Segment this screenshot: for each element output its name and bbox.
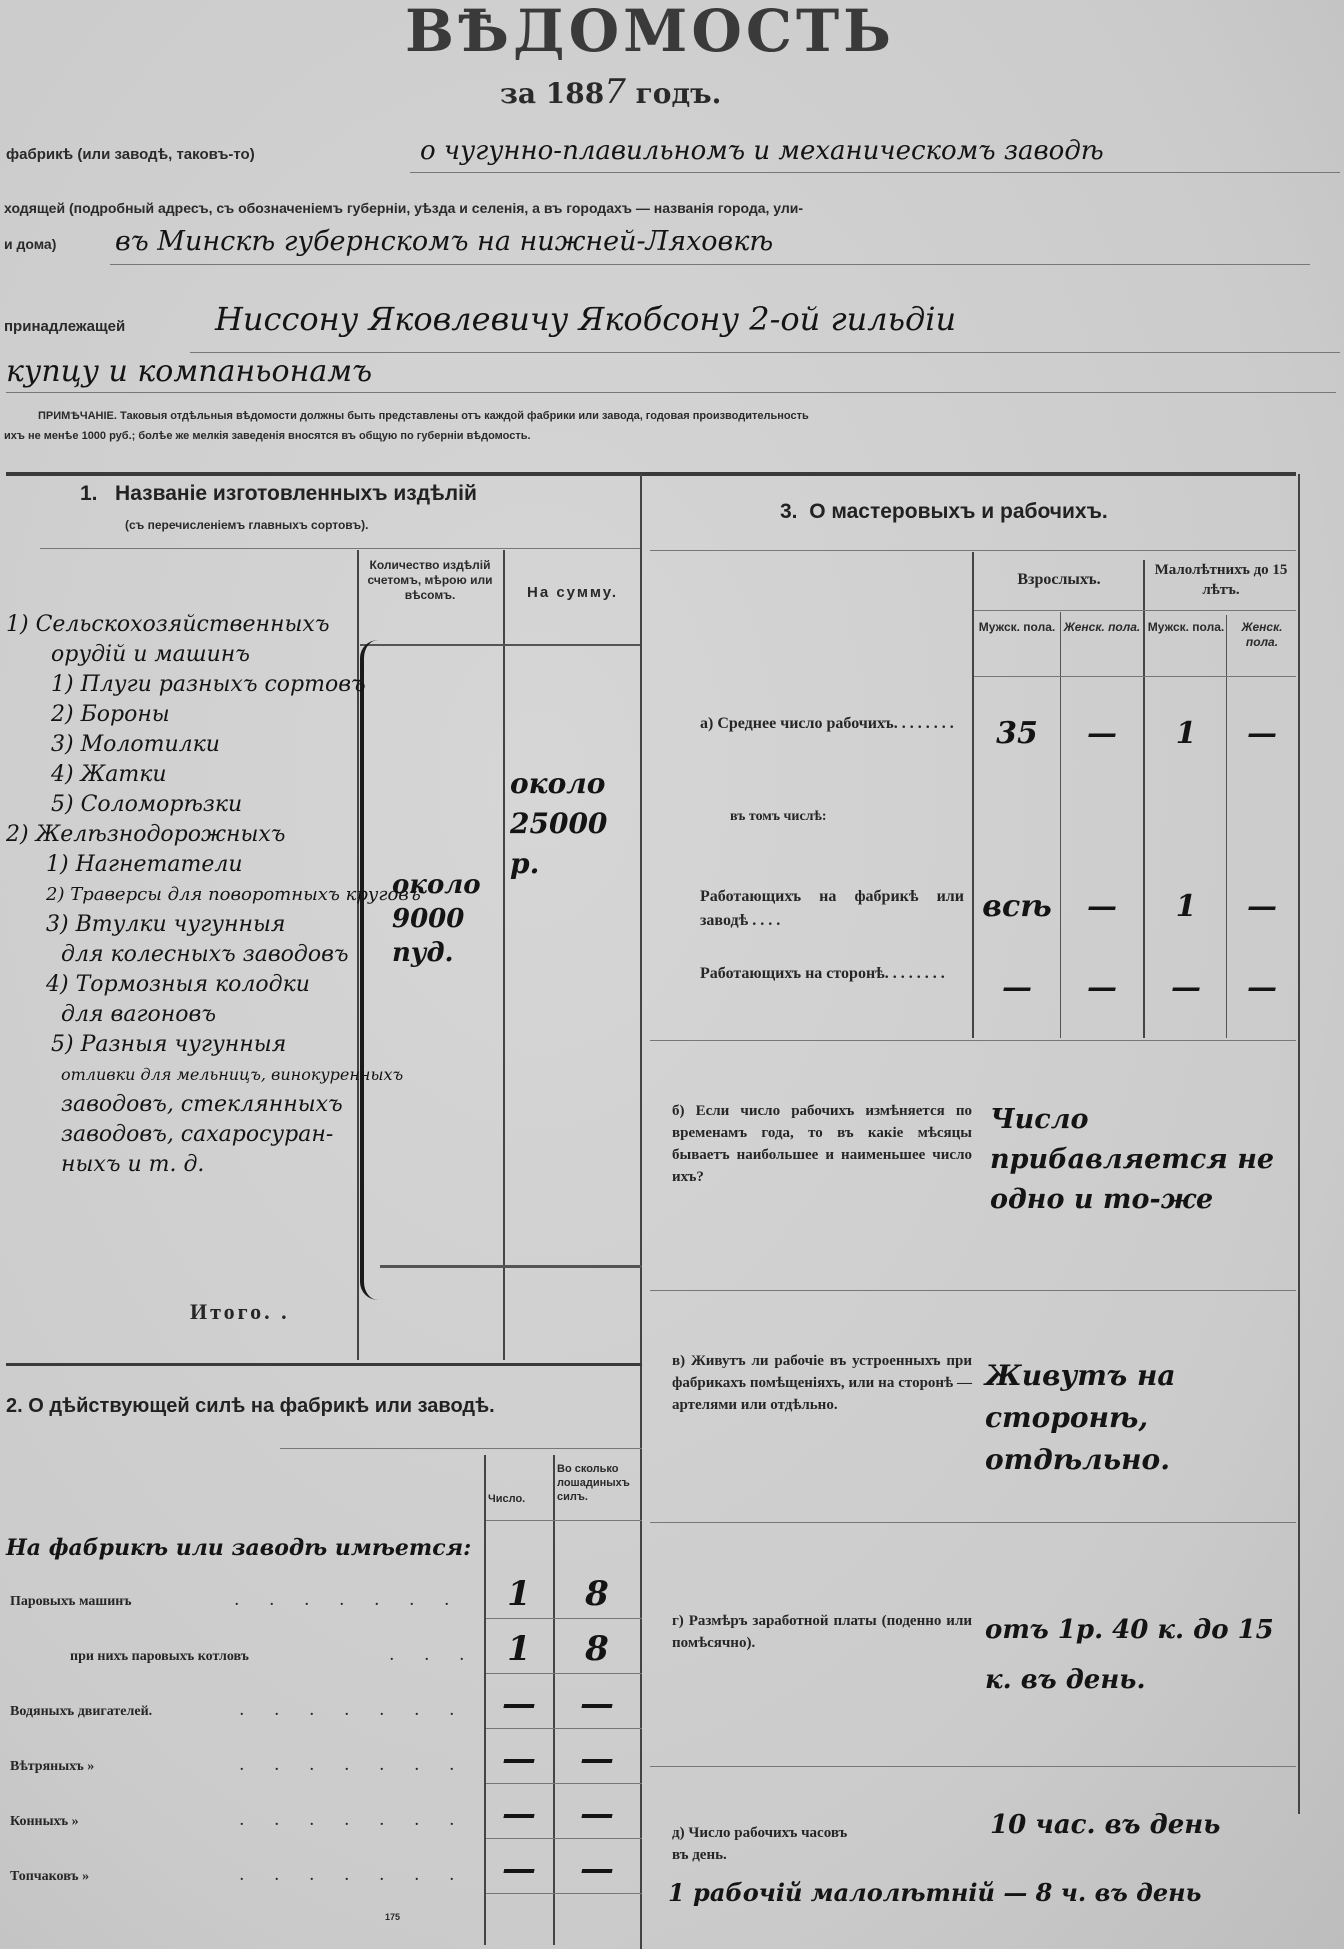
engine-row-label: Паровыхъ машинъ bbox=[10, 1590, 132, 1614]
worker-row-label: а) Среднее число рабочихъ. . . . . . . . bbox=[672, 712, 964, 736]
section3-a-bottom-rule bbox=[650, 1040, 1296, 1041]
worker-count-minor-f: — bbox=[1228, 889, 1296, 924]
section3-col-header-rule bbox=[974, 676, 1296, 677]
engine-row-rule bbox=[486, 1783, 642, 1784]
item-line: 4) Жатки bbox=[51, 760, 356, 790]
section1-number: 1. bbox=[80, 482, 98, 505]
section2-heading: 2. О дѣйствующей силѣ на фабрикѣ или зав… bbox=[6, 1395, 495, 1418]
section2-number: 2. bbox=[6, 1395, 23, 1417]
section1-col-header-rule bbox=[360, 644, 640, 646]
engine-row-hp: — bbox=[556, 1849, 638, 1889]
item-line: 1) Плуги разныхъ сортовъ bbox=[51, 670, 356, 700]
section3-answer-d-line1: 10 час. въ день bbox=[990, 1810, 1220, 1840]
worker-count-minor-m: — bbox=[1146, 970, 1226, 1005]
section1-sum-value: около 25000 р. bbox=[510, 764, 635, 884]
section3-question-d: д) Число рабочихъ часовъ въ день. bbox=[672, 1822, 852, 1866]
section3-subheader-rule bbox=[974, 610, 1296, 611]
worker-count-minor-f: — bbox=[1228, 970, 1296, 1005]
section2-col-hp: Во сколько лошадиныхъ силъ. bbox=[557, 1462, 639, 1504]
address-underline bbox=[110, 264, 1310, 265]
year-suffix: годъ. bbox=[636, 77, 722, 110]
section1-heading: 1. Названіе изготовленныхъ издѣлій bbox=[80, 482, 477, 506]
worker-row-label: Работающихъ на сторонѣ. . . . . . . . bbox=[672, 962, 964, 986]
leader-dots: . . . . . . . bbox=[240, 1700, 468, 1724]
section3-title: О мастеровыхъ и рабочихъ. bbox=[809, 500, 1108, 523]
frame-top bbox=[6, 472, 1296, 476]
section3-answer-g: отъ 1р. 40 к. до 15 к. въ день. bbox=[985, 1605, 1295, 1705]
owner-value-line2: купцу и компаньонамъ bbox=[6, 354, 372, 389]
year-handwritten: 7 bbox=[604, 72, 626, 112]
section1-subtitle: (съ перечисленіемъ главныхъ сортовъ). bbox=[125, 518, 368, 532]
engine-row-hp: — bbox=[556, 1684, 638, 1724]
item-line: 3) Втулки чугунныя bbox=[46, 910, 356, 940]
address-value: въ Минскѣ губернскомъ на нижней-Ляховкѣ bbox=[115, 226, 773, 257]
section3-col-minors: Малолѣтнихъ до 15 лѣтъ. bbox=[1146, 560, 1296, 600]
engine-row-label: Водяныхъ двигателей. bbox=[10, 1700, 152, 1724]
note-text-1: Таковыя отдѣльныя вѣдомости должны быть … bbox=[120, 410, 809, 422]
engine-row-label: при нихъ паровыхъ котловъ bbox=[70, 1645, 249, 1669]
item-line: для вагоновъ bbox=[61, 1000, 356, 1030]
worker-count-adult-m: всѣ bbox=[975, 889, 1059, 924]
item-line: 5) Разныя чугунныя bbox=[51, 1030, 356, 1060]
section1-total-label: Итого. . bbox=[190, 1300, 290, 1324]
section3-answer-v: Живутъ на сторонѣ, отдѣльно. bbox=[985, 1355, 1295, 1481]
item-line: отливки для мельницъ, винокуренныхъ bbox=[61, 1060, 356, 1090]
worker-row-label: въ томъ числѣ: bbox=[730, 805, 930, 829]
item-line: заводовъ, сахаросуран- bbox=[61, 1120, 356, 1150]
section2-col-divider-1 bbox=[484, 1455, 486, 1945]
note-line2: ихъ не менѣе 1000 руб.; болѣе же мелкія … bbox=[4, 430, 531, 442]
section1-total-rule bbox=[380, 1265, 642, 1268]
item-line: 2) Бороны bbox=[51, 700, 356, 730]
leader-dots: . . . bbox=[390, 1645, 478, 1669]
engine-row-count: — bbox=[488, 1849, 550, 1889]
item-line: 1) Сельскохозяйственныхъ bbox=[6, 610, 356, 640]
section3-header-rule bbox=[650, 550, 1296, 551]
section3-v-bottom-rule bbox=[650, 1522, 1296, 1523]
worker-count-adult-m: — bbox=[975, 970, 1059, 1005]
engine-row-count: 1 bbox=[488, 1574, 550, 1614]
engine-row-rule bbox=[486, 1838, 642, 1839]
grouping-brace bbox=[360, 640, 394, 1300]
section3-answer-b: Число прибавляется не одно и то-же bbox=[990, 1100, 1300, 1220]
item-line: 2) Желѣзнодорожныхъ bbox=[6, 820, 356, 850]
address-label: ходящей (подробный адресъ, съ обозначені… bbox=[4, 200, 803, 216]
section3-col-minor-male: Мужск. пола. bbox=[1146, 620, 1226, 635]
document-title: ВѢДОМОСТЬ bbox=[290, 0, 1010, 62]
section3-b-bottom-rule bbox=[650, 1290, 1296, 1291]
item-line: 1) Нагнетатели bbox=[46, 850, 356, 880]
owner-label: принадлежащей bbox=[4, 318, 125, 335]
engine-row-count: — bbox=[488, 1794, 550, 1834]
engine-row-label: Топчаковъ » bbox=[10, 1865, 89, 1889]
item-line: для колесныхъ заводовъ bbox=[61, 940, 356, 970]
leader-dots: . . . . . . . bbox=[240, 1755, 468, 1779]
section3-heading: 3. О мастеровыхъ и рабочихъ. bbox=[780, 500, 1108, 524]
engine-row-hp: 8 bbox=[556, 1629, 638, 1669]
page-mark: 175 bbox=[385, 1912, 400, 1922]
note-line1: ПРИМѢЧАНІЕ. Таковыя отдѣльныя вѣдомости … bbox=[38, 410, 809, 422]
section1-bottom-rule bbox=[6, 1363, 642, 1366]
address-label-2: и дома) bbox=[4, 236, 56, 252]
worker-count-adult-f: — bbox=[1062, 889, 1142, 924]
note-label: ПРИМѢЧАНІЕ. bbox=[38, 410, 117, 422]
engine-row-label: Конныхъ » bbox=[10, 1810, 79, 1834]
engine-row-hp: 8 bbox=[556, 1574, 638, 1614]
section3-col-divider-1 bbox=[972, 552, 974, 1038]
worker-count-minor-m: 1 bbox=[1146, 889, 1226, 924]
engine-row-label: Вѣтряныхъ » bbox=[10, 1755, 94, 1779]
section3-col-divider-3 bbox=[1143, 560, 1145, 1038]
scanned-document-page: ВѢДОМОСТЬ за 1887 годъ. фабрикѣ (или зав… bbox=[0, 0, 1344, 1949]
factory-underline bbox=[410, 172, 1340, 173]
section1-title: Названіе изготовленныхъ издѣлій bbox=[115, 482, 477, 505]
worker-row-label: Работающихъ на фабрикѣ или заводѣ . . . … bbox=[672, 885, 964, 933]
section2-intro: На фабрикѣ или заводѣ имѣется: bbox=[6, 1535, 471, 1561]
engine-row-hp: — bbox=[556, 1794, 638, 1834]
item-line: ныхъ и т. д. bbox=[61, 1150, 356, 1180]
engine-row-rule bbox=[486, 1673, 642, 1674]
section3-col-adult-female: Женск. пола. bbox=[1062, 620, 1142, 635]
engine-row-rule bbox=[486, 1893, 642, 1894]
engine-row-count: — bbox=[488, 1684, 550, 1724]
section3-col-divider-4 bbox=[1226, 615, 1227, 1038]
section3-question-g: г) Размѣръ заработной платы (поденно или… bbox=[672, 1610, 972, 1654]
item-line: орудій и машинъ bbox=[51, 640, 356, 670]
item-line: 5) Соломорѣзки bbox=[51, 790, 356, 820]
section1-col-divider-2 bbox=[503, 550, 505, 1360]
leader-dots: . . . . . . . bbox=[235, 1590, 463, 1614]
worker-count-adult-m: 35 bbox=[975, 716, 1059, 751]
worker-count-minor-f: — bbox=[1228, 716, 1296, 751]
owner-underline-2 bbox=[6, 392, 1336, 393]
worker-count-minor-m: 1 bbox=[1146, 716, 1226, 751]
worker-count-adult-f: — bbox=[1062, 970, 1142, 1005]
section2-col-header-rule bbox=[486, 1520, 642, 1521]
section1-col-quantity: Количество издѣлій счетомъ, мѣрою или вѣ… bbox=[360, 558, 500, 603]
section3-question-v: в) Живутъ ли рабочіе въ устроенныхъ при … bbox=[672, 1350, 972, 1416]
section1-items-list: 1) Сельскохозяйственныхъ орудій и машинъ… bbox=[6, 610, 356, 1180]
section2-col-divider-2 bbox=[553, 1455, 555, 1945]
section2-header-rule bbox=[280, 1448, 642, 1449]
engine-row-count: 1 bbox=[488, 1629, 550, 1669]
item-line: заводовъ, стеклянныхъ bbox=[61, 1090, 356, 1120]
section3-col-adult-male: Мужск. пола. bbox=[975, 620, 1059, 635]
item-line: 4) Тормозныя колодки bbox=[46, 970, 356, 1000]
document-year: за 1887 годъ. bbox=[500, 72, 721, 112]
leader-dots: . . . . . . . bbox=[240, 1810, 468, 1834]
factory-value: о чугунно-плавильномъ и механическомъ за… bbox=[420, 136, 1104, 166]
section1-header-rule bbox=[40, 548, 640, 549]
section3-g-bottom-rule bbox=[650, 1766, 1296, 1767]
section3-answer-d-line2: 1 рабочій малолѣтній — 8 ч. въ день bbox=[668, 1878, 1201, 1907]
engine-row-rule bbox=[486, 1618, 642, 1619]
section3-question-b: б) Если число рабочихъ измѣняется по вре… bbox=[672, 1100, 972, 1188]
section3-number: 3. bbox=[780, 500, 798, 523]
engine-row-rule bbox=[486, 1728, 642, 1729]
engine-row-hp: — bbox=[556, 1739, 638, 1779]
section2-col-count: Число. bbox=[488, 1492, 525, 1507]
section1-col-sum: На сумму. bbox=[505, 584, 640, 601]
leader-dots: . . . . . . . bbox=[240, 1865, 468, 1889]
factory-label: фабрикѣ (или заводѣ, таковъ-то) bbox=[6, 146, 255, 163]
section1-quantity-value: около 9000 пуд. bbox=[392, 868, 502, 970]
section3-col-adults: Взрослыхъ. bbox=[975, 568, 1143, 592]
section3-col-minor-female: Женск. пола. bbox=[1228, 620, 1296, 650]
owner-value-line1: Ниссону Яковлевичу Якобсону 2-ой гильдіи bbox=[215, 300, 956, 338]
section2-title: О дѣйствующей силѣ на фабрикѣ или заводѣ… bbox=[28, 1395, 494, 1417]
year-prefix: за 188 bbox=[500, 77, 604, 110]
worker-count-adult-f: — bbox=[1062, 716, 1142, 751]
owner-underline-1 bbox=[190, 352, 1340, 353]
item-line: 3) Молотилки bbox=[51, 730, 356, 760]
item-line: 2) Траверсы для поворотныхъ круговъ bbox=[46, 880, 356, 910]
engine-row-count: — bbox=[488, 1739, 550, 1779]
